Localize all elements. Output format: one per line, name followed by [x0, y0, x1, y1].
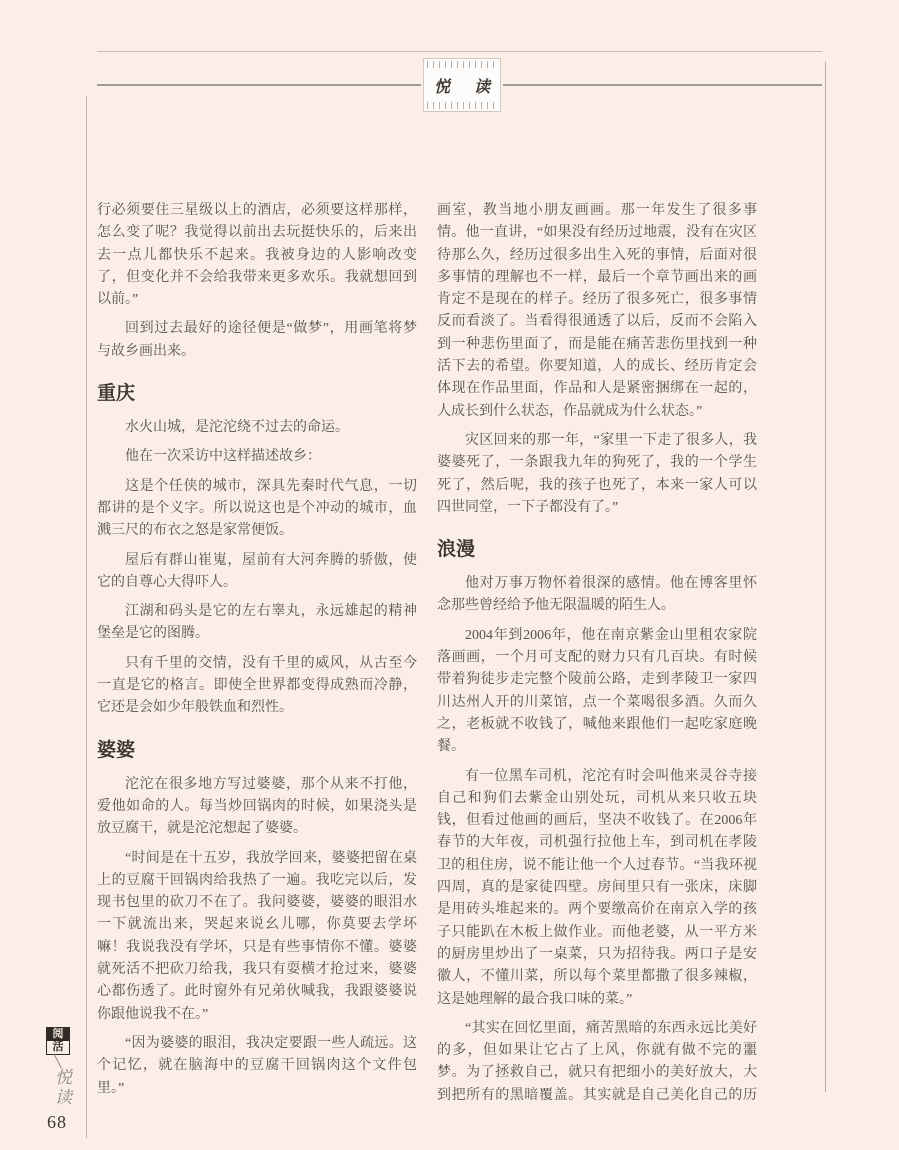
paragraph: 屋后有群山崔嵬，屋前有大河奔腾的骄傲，使它的自尊心大得吓人。 [97, 550, 417, 595]
article-right-column: 画室，教当地小朋友画画。那一年发生了很多事情。他一直讲，“如果没有经历过地震，没… [437, 200, 757, 1105]
magazine-logo-bottom-char: 活 [47, 1041, 69, 1054]
paragraph: 这是个任侠的城市，深具先秦时代气息，一切都讲的是个义字。所以说这也是个冲动的城市… [97, 476, 417, 543]
paragraph: 2004年到2006年，他在南京紫金山里租农家院落画画，一个月可支配的财力只有几… [437, 625, 757, 759]
paragraph: 水火山城，是沱沱绕不过去的命运。 [97, 417, 417, 439]
magazine-page: 悦 读 行必须要住三星级以上的酒店，必须要这样那样，怎么变了呢？我觉得以前出去玩… [0, 0, 899, 1150]
magazine-logo-top-char: 阅 [47, 1028, 69, 1041]
right-border-rule [825, 62, 826, 1092]
paragraph: 行必须要住三星级以上的酒店，必须要这样那样，怎么变了呢？我觉得以前出去玩挺快乐的… [97, 200, 417, 311]
paragraph-text: “其实在回忆里面，痛苦黑暗的东西永远比美好的多，但如果让它占了上风，你就有做不完… [437, 1021, 757, 1105]
paragraph: “因为婆婆的眼泪，我决定要跟一些人疏远。这个记忆，就在脑海中的豆腐干回锅肉这个文… [97, 1033, 417, 1095]
paragraph: 有一位黑车司机，沱沱有时会叫他来灵谷寺接自己和狗们去紫金山别处玩，司机从来只收五… [437, 766, 757, 1011]
header-rule-thin [97, 51, 822, 52]
paragraph: 回到过去最好的途径便是“做梦”，用画笔将梦与故乡画出来。 [97, 318, 417, 363]
paragraph: 他对万事万物怀着很深的感情。他在博客里怀念那些曾经给予他无限温暖的陌生人。 [437, 573, 757, 618]
paragraph: “其实在回忆里面，痛苦黑暗的东西永远比美好的多，但如果让它占了上风，你就有做不完… [437, 1018, 757, 1105]
section-heading-chongqing: 重庆 [97, 381, 417, 407]
paragraph: 江湖和码头是它的左右睾丸，永远雄起的精神堡垒是它的图腾。 [97, 601, 417, 646]
section-stamp: 悦 读 [423, 58, 501, 112]
paragraph: 沱沱在很多地方写过婆婆，那个从来不打他，爱他如命的人。每当炒回锅肉的时候，如果浇… [97, 774, 417, 841]
paragraph: 画室，教当地小朋友画画。那一年发生了很多事情。他一直讲，“如果没有经历过地震，没… [437, 200, 757, 423]
paragraph: 灾区回来的那一年，“家里一下走了很多人，我婆婆死了，一条跟我九年的狗死了，我的一… [437, 430, 757, 519]
page-footer: 阅 活 ╲ 悦读 68 [46, 1027, 80, 1133]
section-heading-popo: 婆婆 [97, 738, 417, 764]
paragraph: “时间是在十五岁，我放学回来，婆婆把留在桌上的豆腐干回锅肉给我热了一遍。我吃完以… [97, 848, 417, 1026]
magazine-logo: 阅 活 [46, 1027, 70, 1055]
article-left-column: 行必须要住三星级以上的酒店，必须要这样那样，怎么变了呢？我觉得以前出去玩挺快乐的… [97, 200, 417, 1095]
paragraph: 他在一次采访中这样描述故乡： [97, 446, 417, 468]
section-heading-langman: 浪漫 [437, 537, 757, 563]
paragraph: 只有千里的交情，没有千里的威风，从古至今一直是它的格言。即使全世界都变得成熟而冷… [97, 653, 417, 720]
footer-section-name: 悦读 [49, 1068, 74, 1108]
footer-slash: ╲ [54, 1056, 80, 1066]
page-number: 68 [47, 1112, 80, 1133]
left-border-rule [86, 96, 87, 1138]
section-stamp-label: 悦 读 [424, 74, 500, 97]
